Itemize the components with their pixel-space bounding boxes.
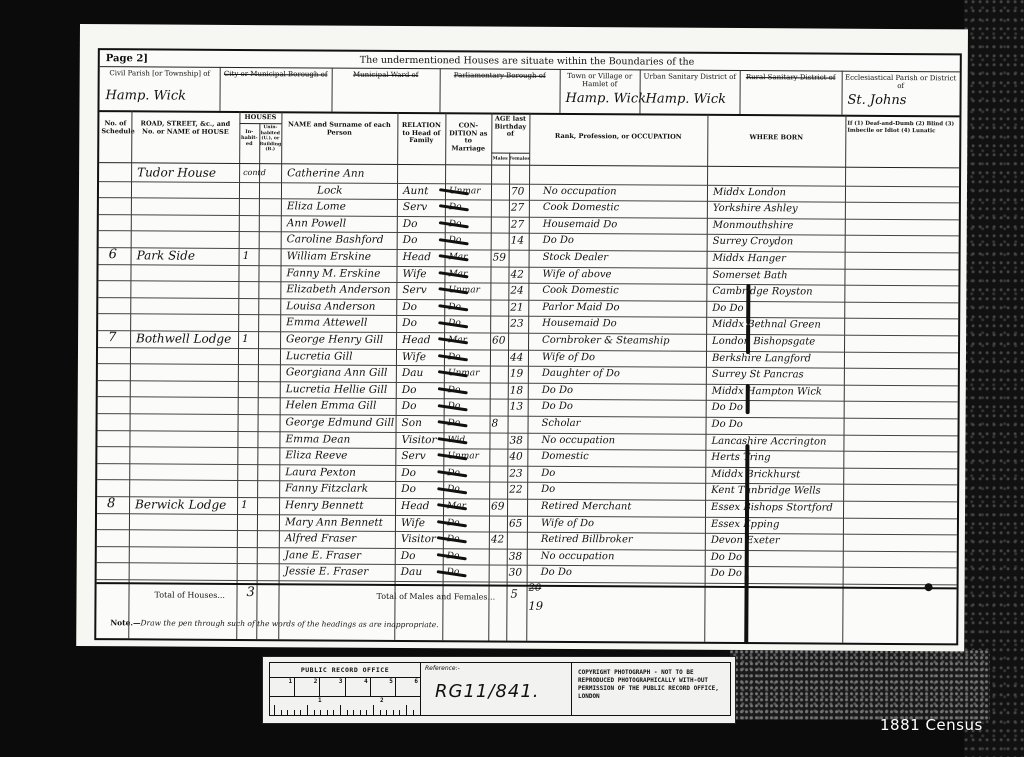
col-females: Females	[509, 156, 529, 164]
occupation: Daughter of Do	[542, 368, 620, 380]
reference-label: Reference:-	[425, 665, 460, 672]
female-age: 38	[509, 550, 522, 562]
total-males-value: 5	[510, 587, 517, 601]
boundary-value: Hamp. Wick	[106, 88, 187, 103]
enumerator-mark	[746, 284, 750, 324]
occupation: Do Do	[542, 401, 573, 413]
female-age: 27	[511, 218, 524, 230]
birthplace: Do Do	[712, 402, 743, 414]
male-age: 42	[491, 534, 504, 546]
female-age: 18	[510, 384, 523, 396]
female-age: 23	[510, 318, 523, 330]
person-name: Louisa Anderson	[286, 300, 375, 313]
female-age: 44	[510, 351, 523, 363]
boundary-label: Urban Sanitary District of	[642, 72, 738, 81]
occupation: Retired Billbroker	[541, 534, 633, 547]
col-occupation: Rank, Profession, or OCCUPATION	[531, 133, 705, 142]
census-form: Page 2] The undermentioned Houses are si…	[94, 48, 962, 645]
birthplace: London Bishopsgate	[712, 336, 815, 349]
female-age: 24	[510, 285, 523, 297]
col-uninhabited: Unin-habited (U.), or Building (B.)	[259, 125, 281, 153]
person-name: Jessie E. Fraser	[285, 566, 369, 579]
total-persons-label: Total of Males and Females...	[376, 592, 495, 602]
occupation: Domestic	[541, 451, 588, 463]
boundary-label: City or Municipal Borough of	[222, 70, 330, 79]
boundary-value: St. Johns	[848, 93, 907, 108]
relation: Serv	[402, 284, 426, 296]
household-table: Tudor HousecontdCatherine AnnLockAuntUnm…	[100, 50, 960, 55]
occupation: Wife of above	[542, 268, 611, 280]
person-name: Fanny M. Erskine	[286, 267, 380, 280]
scale-numbers: 123456	[270, 678, 420, 697]
relation: Serv	[401, 450, 425, 462]
female-age: 23	[509, 467, 522, 479]
relation: Do	[402, 400, 417, 412]
inhabited-count: 1	[241, 499, 248, 511]
punch-mark	[925, 583, 933, 591]
census-sheet: Page 2] The undermentioned Houses are si…	[76, 24, 968, 651]
person-name: Emma Dean	[285, 433, 350, 445]
scan-noise-right	[964, 0, 1024, 757]
col-schedule: No. of Schedule	[101, 120, 129, 135]
relation: Wife	[401, 517, 425, 529]
boundary-label: Municipal Ward of	[334, 71, 438, 80]
person-name: Laura Pexton	[285, 466, 356, 478]
female-age: 13	[510, 401, 523, 413]
col-where-born: WHERE BORN	[709, 134, 843, 142]
house-name: Bothwell Lodge	[136, 332, 231, 345]
total-females-struck: 20	[529, 583, 542, 594]
person-name: William Erskine	[287, 250, 371, 263]
total-females-value: 19	[528, 599, 543, 613]
occupation: Do Do	[541, 567, 572, 579]
person-name: Ann Powell	[287, 217, 346, 229]
relation: Dau	[402, 367, 424, 379]
relation: Wife	[402, 351, 426, 363]
birthplace: Middx Hampton Wick	[712, 386, 822, 399]
birthplace: Somerset Bath	[712, 269, 787, 281]
female-age: 21	[510, 301, 523, 313]
boundary-label: Civil Parish [or Township] of	[102, 69, 218, 78]
reference-value: RG11/841.	[435, 681, 540, 702]
schedule-number: 7	[108, 332, 116, 344]
male-age: 69	[491, 501, 504, 513]
relation: Visitor	[401, 434, 436, 446]
relation: Do	[403, 218, 418, 230]
total-houses-value: 3	[246, 585, 254, 600]
boundary-value: Hamp. Wick	[566, 91, 647, 106]
occupation: Do	[541, 484, 555, 496]
female-age: 22	[509, 484, 522, 496]
occupation: No occupation	[543, 185, 617, 197]
occupation: No occupation	[541, 434, 615, 446]
person-name: Catherine Ann	[287, 167, 364, 179]
relation: Serv	[403, 201, 427, 213]
enumerator-mark	[746, 384, 750, 414]
enumerator-mark	[746, 324, 750, 354]
boundary-label: Parliamentary Borough of	[442, 71, 558, 80]
person-name: Helen Emma Gill	[286, 400, 377, 413]
total-houses-label: Total of Houses...	[154, 590, 225, 599]
col-name: NAME and Surname of each Person	[283, 121, 395, 137]
female-age: 30	[509, 567, 522, 579]
copyright-notice: COPYRIGHT PHOTOGRAPH - NOT TO BE REPRODU…	[578, 669, 728, 701]
person-name: George Edmund Gill	[286, 416, 395, 429]
birthplace: Do Do	[712, 419, 743, 431]
female-age: 38	[509, 434, 522, 446]
occupation: Stock Dealer	[543, 252, 609, 264]
occupation: Parlor Maid Do	[542, 302, 619, 314]
occupation: Cook Domestic	[542, 285, 618, 297]
occupation: Housemaid Do	[543, 219, 618, 231]
birthplace: Middx London	[713, 186, 786, 198]
relation: Do	[402, 301, 417, 313]
occupation: Do Do	[542, 385, 573, 397]
relation: Visitor	[401, 533, 436, 545]
person-name: Lock	[317, 184, 343, 196]
person-name: Alfred Fraser	[285, 532, 356, 544]
relation: Head	[403, 251, 431, 263]
col-relation: RELATION to Head of Family	[399, 122, 443, 145]
person-name: Lucretia Gill	[286, 350, 353, 362]
occupation: No occupation	[541, 551, 615, 563]
person-name: Jane E. Fraser	[285, 549, 361, 561]
male-age: 8	[492, 418, 499, 430]
enumerator-mark	[745, 504, 749, 584]
schedule-number: 8	[107, 498, 115, 510]
boundary-label: Ecclesiastical Parish or District of	[844, 74, 958, 91]
female-age: 19	[510, 368, 523, 380]
birthplace: Yorkshire Ashley	[713, 203, 798, 216]
male-age: 60	[492, 335, 505, 347]
col-houses: HOUSES	[239, 114, 281, 122]
relation: Do	[402, 317, 417, 329]
relation: Head	[401, 500, 429, 512]
col-inhabited: In-habit-ed	[239, 129, 259, 147]
person-name: Eliza Lome	[287, 200, 346, 212]
boundary-label: Town or Village or Hamlet of	[562, 72, 638, 88]
birthplace: Lancashire Accrington	[711, 435, 826, 448]
birthplace: Middx Hanger	[713, 253, 786, 265]
birthplace: Surrey Croydon	[713, 236, 794, 248]
person-name: Eliza Reeve	[285, 449, 347, 461]
record-office-label: PUBLIC RECORD OFFICE	[270, 663, 420, 678]
occupation: Housemaid Do	[542, 318, 617, 330]
person-name: Georgiana Ann Gill	[286, 366, 388, 379]
occupation: Scholar	[542, 418, 581, 430]
birthplace: Middx Bethnal Green	[712, 319, 821, 332]
enumerator-mark	[744, 574, 748, 644]
female-age: 14	[511, 235, 524, 247]
person-name: Henry Bennett	[285, 499, 364, 511]
col-age: AGE last Birthday of	[491, 116, 529, 139]
col-males: Males	[491, 156, 509, 164]
birthplace: Do Do	[711, 552, 742, 564]
female-age: 70	[511, 185, 524, 197]
person-name: Lucretia Hellie Gill	[286, 383, 388, 396]
birthplace: Do Do	[711, 568, 742, 580]
person-name: George Henry Gill	[286, 333, 383, 346]
public-record-office-card: PUBLIC RECORD OFFICE 123456 12 Reference…	[262, 656, 736, 724]
person-name: Mary Ann Bennett	[285, 516, 383, 529]
birthplace: Middx Brickhurst	[711, 469, 800, 482]
boundary-label: Rural Sanitary District of	[742, 73, 840, 82]
occupation: Wife of Do	[542, 351, 595, 363]
birthplace: Surrey St Pancras	[712, 369, 804, 382]
person-name: Emma Attewell	[286, 317, 367, 329]
occupation: Cornbroker & Steamship	[542, 335, 670, 348]
birthplace: Berkshire Langford	[712, 352, 811, 365]
birthplace: Herts Tring	[711, 452, 770, 464]
house-name: Tudor House	[137, 166, 216, 178]
relation: Do	[401, 467, 416, 479]
relation: Do	[401, 483, 416, 495]
relation: Wife	[402, 268, 426, 280]
female-age: 40	[509, 451, 522, 463]
birthplace: Monmouthshire	[713, 220, 794, 232]
schedule-number: 6	[109, 249, 117, 261]
female-age: 65	[509, 517, 522, 529]
person-name: Caroline Bashford	[287, 234, 384, 247]
census-watermark: 1881 Census	[880, 716, 983, 734]
relation: Do	[401, 550, 416, 562]
scan-noise-bottom	[730, 650, 990, 720]
relation: Head	[402, 334, 430, 346]
relation: Do	[402, 384, 417, 396]
birthplace: Essex Bishops Stortford	[711, 502, 833, 515]
inhabited-count: 1	[243, 250, 250, 262]
occupation: Retired Merchant	[541, 501, 631, 514]
inhabited-count: 1	[242, 333, 249, 345]
birthplace: Do Do	[712, 303, 743, 315]
person-name: Elizabeth Anderson	[286, 283, 390, 296]
col-condition: CON-DITION as to Marriage	[447, 122, 489, 152]
occupation: Wife of Do	[541, 517, 594, 529]
page-label: Page 2]	[106, 53, 148, 64]
birthplace: Kent Tunbridge Wells	[711, 485, 821, 498]
female-age: 27	[511, 202, 524, 214]
boundary-strip: Civil Parish [or Township] ofHamp. WickC…	[100, 50, 960, 55]
person-name: Fanny Fitzclark	[285, 483, 368, 496]
occupation: Cook Domestic	[543, 202, 619, 214]
relation: Do	[403, 234, 418, 246]
female-age: 42	[510, 268, 523, 280]
boundary-value: Hamp. Wick	[646, 91, 727, 106]
col-road: ROAD, STREET, &c., and No. or NAME of HO…	[133, 120, 237, 136]
occupation: Do Do	[543, 235, 574, 247]
column-headers: No. of ScheduleROAD, STREET, &c., and No…	[100, 50, 960, 55]
occupation: Do	[541, 468, 555, 480]
ruler-scale: 12	[270, 697, 420, 716]
relation: Dau	[401, 566, 423, 578]
form-title: The undermentioned Houses are situate wi…	[360, 55, 695, 68]
col-infirmity: If (1) Deaf-and-Dumb (2) Blind (3) Imbec…	[847, 121, 957, 136]
house-name: Berwick Lodge	[135, 498, 226, 511]
male-age: 59	[493, 252, 506, 264]
house-name: Park Side	[137, 249, 195, 261]
inhabited-count: contd	[243, 167, 266, 179]
relation: Aunt	[403, 185, 428, 197]
relation: Son	[402, 417, 422, 429]
birthplace: Cambridge Royston	[712, 286, 812, 299]
